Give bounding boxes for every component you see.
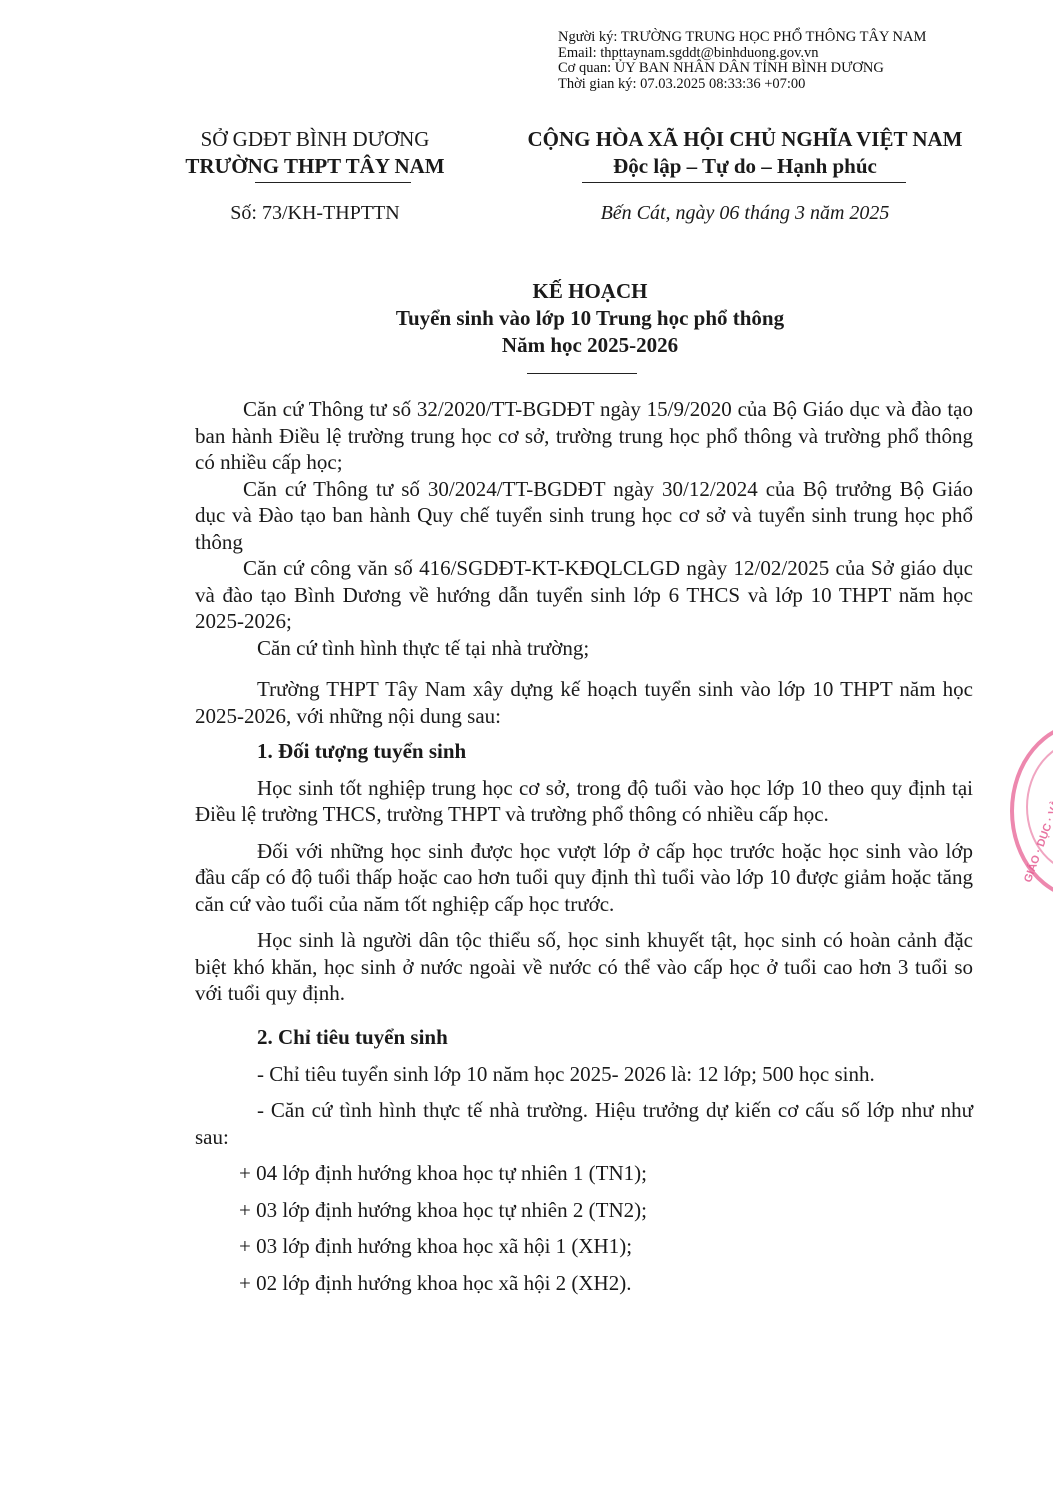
header-right-rule [582, 182, 906, 183]
signer-email: Email: thpttaynam.sgddt@binhduong.gov.vn [558, 46, 926, 62]
section-2-heading: 2. Chỉ tiêu tuyển sinh [195, 1024, 973, 1051]
header-left-rule [255, 182, 411, 183]
signer-agency: Cơ quan: ỦY BAN NHÂN DÂN TỈNH BÌNH DƯƠNG [558, 61, 926, 77]
intro-paragraph: Trường THPT Tây Nam xây dựng kế hoạch tu… [195, 676, 973, 729]
basis-paragraph: Căn cứ Thông tư số 30/2024/TT-BGDĐT ngày… [195, 476, 973, 556]
section-1-paragraph: Đối với những học sinh được học vượt lớp… [195, 838, 973, 918]
signing-time: Thời gian ký: 07.03.2025 08:33:36 +07:00 [558, 77, 926, 93]
signer: Người ký: TRƯỜNG TRUNG HỌC PHỔ THÔNG TÂY… [558, 30, 926, 46]
class-item: + 02 lớp định hướng khoa học xã hội 2 (X… [195, 1270, 973, 1297]
country-name: CỘNG HÒA XÃ HỘI CHỦ NGHĨA VIỆT NAM [505, 126, 985, 153]
place-date: Bến Cát, ngày 06 tháng 3 năm 2025 [505, 202, 985, 225]
class-item: + 03 lớp định hướng khoa học tự nhiên 2 … [195, 1197, 973, 1224]
section-1-paragraph: Học sinh là người dân tộc thiểu số, học … [195, 927, 973, 1007]
department-name: SỞ GDĐT BÌNH DƯƠNG [180, 126, 450, 153]
national-motto: Độc lập – Tự do – Hạnh phúc [505, 153, 985, 180]
title-rule [527, 373, 637, 374]
title-line-2: Tuyển sinh vào lớp 10 Trung học phổ thôn… [190, 305, 990, 332]
school-name: TRƯỜNG THPT TÂY NAM [180, 153, 450, 180]
document-number: Số: 73/KH-THPTTN [180, 202, 450, 225]
title-line-3: Năm học 2025-2026 [190, 332, 990, 359]
section-1: 1. Đối tượng tuyển sinh Học sinh tốt ngh… [195, 738, 973, 1007]
section-2: 2. Chỉ tiêu tuyển sinh - Chỉ tiêu tuyển … [195, 1024, 973, 1296]
class-item: + 04 lớp định hướng khoa học tự nhiên 1 … [195, 1160, 973, 1187]
section-1-heading: 1. Đối tượng tuyển sinh [195, 738, 973, 765]
basis-paragraph: Căn cứ Thông tư số 32/2020/TT-BGDĐT ngày… [195, 396, 973, 476]
structure-intro: - Căn cứ tình hình thực tế nhà trường. H… [195, 1097, 973, 1150]
class-item: + 03 lớp định hướng khoa học xã hội 1 (X… [195, 1233, 973, 1260]
title-line-1: KẾ HOẠCH [190, 278, 990, 305]
document-title: KẾ HOẠCH Tuyển sinh vào lớp 10 Trung học… [190, 278, 990, 359]
legal-basis: Căn cứ Thông tư số 32/2020/TT-BGDĐT ngày… [195, 396, 973, 661]
basis-paragraph: Căn cứ công văn số 416/SGDĐT-KT-KĐQLCLGD… [195, 555, 973, 635]
section-1-paragraph: Học sinh tốt nghiệp trung học cơ sở, tro… [195, 775, 973, 828]
basis-paragraph: Căn cứ tình hình thực tế tại nhà trường; [195, 635, 973, 662]
digital-signature-block: Người ký: TRƯỜNG TRUNG HỌC PHỔ THÔNG TÂY… [558, 30, 926, 92]
intro-text: Trường THPT Tây Nam xây dựng kế hoạch tu… [195, 676, 973, 729]
national-header: CỘNG HÒA XÃ HỘI CHỦ NGHĨA VIỆT NAM Độc l… [505, 126, 985, 180]
quota-line: - Chỉ tiêu tuyển sinh lớp 10 năm học 202… [195, 1061, 973, 1088]
issuing-authority: SỞ GDĐT BÌNH DƯƠNG TRƯỜNG THPT TÂY NAM [180, 126, 450, 180]
